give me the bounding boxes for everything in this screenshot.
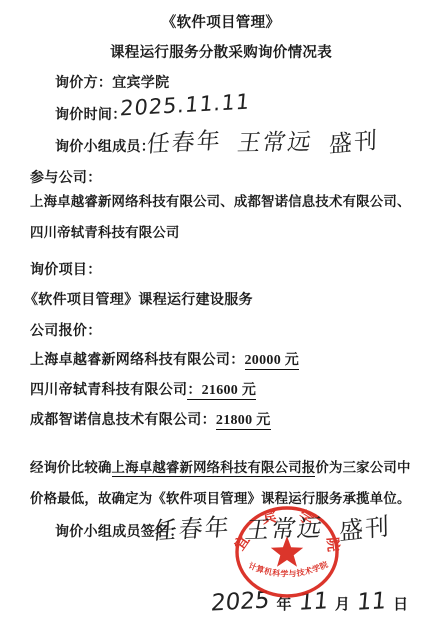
quote-row: 成都智诺信息技术有限公司：21800 元 <box>30 409 271 429</box>
conclusion-winner-underlined: 上海卓越睿新网络科技有限公司报 <box>112 460 316 477</box>
inquirer-label: 询价方： <box>55 76 112 91</box>
quote-price: 20000 元 <box>245 353 300 370</box>
team-member-signature: 任春年 <box>146 122 224 159</box>
inquiry-time-handwritten-value: 2025.11.11 <box>119 90 251 121</box>
team-member-signature: 盛刊 <box>329 122 379 160</box>
svg-text:计算机科学与技术学院: 计算机科学与技术学院 <box>247 559 330 579</box>
seal-banner-text: 计算机科学与技术学院 <box>247 559 330 579</box>
participants-list: 上海卓越睿新网络科技有限公司、成都智诺信息技术有限公司、四川帝轼青科技有限公司 <box>30 187 422 248</box>
conclusion-before: 经询价比较确 <box>30 460 112 475</box>
quote-row: 四川帝轼青科技有限公司：21600 元 <box>30 379 256 399</box>
quote-price: 21800 元 <box>216 413 271 430</box>
member-signature: 王常远 <box>243 508 327 546</box>
document-subtitle: 课程运行服务分散采购询价情况表 <box>0 41 442 62</box>
quote-company: 成都智诺信息技术有限公司： <box>30 413 216 428</box>
quote-price: ：21600 元 <box>187 383 256 400</box>
date-day-handwritten: 11 <box>356 588 388 616</box>
team-member-signature: 王常远 <box>235 123 315 157</box>
team-members-label: 询价小组成员： <box>55 136 155 156</box>
project-name: 《软件项目管理》课程运行建设服务 <box>24 289 253 309</box>
member-signature: 盛刊 <box>339 506 391 547</box>
date-day-unit: 日 <box>393 593 408 614</box>
quote-row: 上海卓越睿新网络科技有限公司：20000 元 <box>30 349 299 369</box>
member-signature: 任春年 <box>152 507 233 546</box>
scanned-inquiry-document: 《软件项目管理》 课程运行服务分散采购询价情况表 询价方：宜宾学院 询价时间： … <box>0 0 442 628</box>
participants-label: 参与公司： <box>30 167 102 187</box>
quote-company: 四川帝轼青科技有限公司 <box>30 383 187 398</box>
project-label: 询价项目： <box>30 259 102 279</box>
conclusion-paragraph: 经询价比较确上海卓越睿新网络科技有限公司报价为三家公司中价格最低，故确定为《软件… <box>30 453 422 514</box>
document-title: 《软件项目管理》 <box>0 11 442 32</box>
inquiry-time-label: 询价时间： <box>55 104 127 124</box>
quotes-label: 公司报价： <box>30 320 102 340</box>
inquirer-line: 询价方：宜宾学院 <box>55 72 169 92</box>
inquirer-value: 宜宾学院 <box>112 76 169 91</box>
quote-company: 上海卓越睿新网络科技有限公司： <box>30 353 245 368</box>
